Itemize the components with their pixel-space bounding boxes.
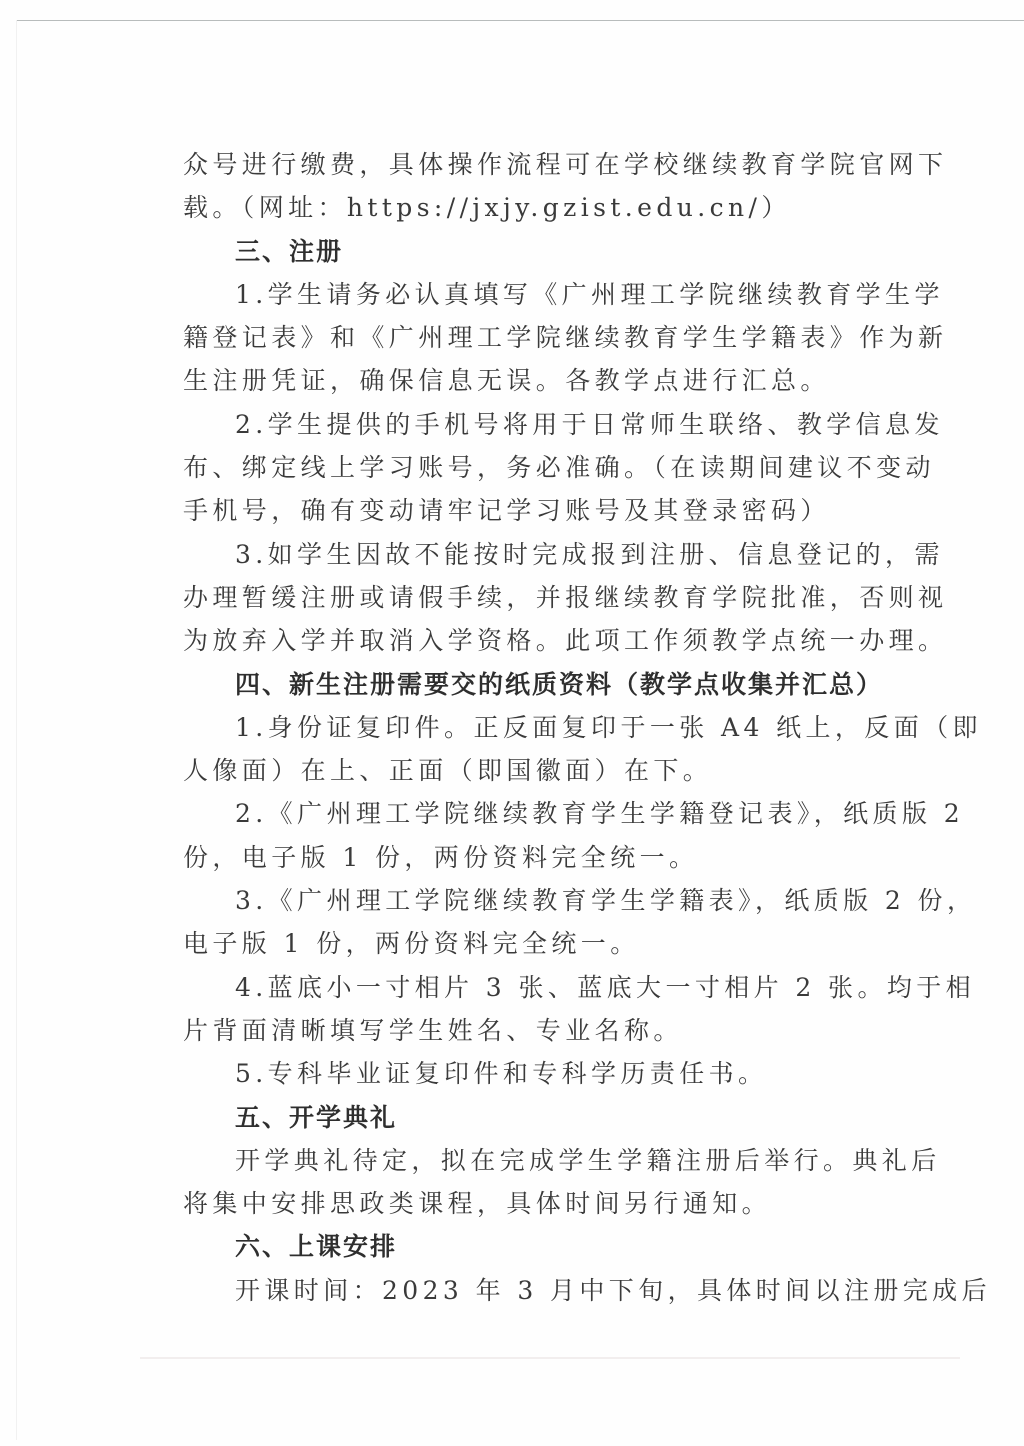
body-text-line: 1.学生请务必认真填写《广州理工学院继续教育学生学 bbox=[183, 273, 893, 316]
body-text-line: 3.《广州理工学院继续教育学生学籍表》，纸质版 2 份， bbox=[183, 879, 893, 922]
body-text-line: 开课时间：2023 年 3 月中下旬，具体时间以注册完成后 bbox=[183, 1269, 893, 1312]
body-text-line: 办理暂缓注册或请假手续，并报继续教育学院批准，否则视 bbox=[183, 576, 893, 619]
top-scan-edge-rule bbox=[16, 20, 1024, 21]
bottom-show-through-rule bbox=[140, 1357, 960, 1359]
body-text-line: 为放弃入学并取消入学资格。此项工作须教学点统一办理。 bbox=[183, 619, 893, 662]
body-text-line-url: 载。（网址：https://jxjy.gzist.edu.cn/） bbox=[183, 186, 893, 229]
body-text-line: 1.身份证复印件。正反面复印于一张 A4 纸上，反面（即 bbox=[183, 706, 893, 749]
section-heading-registration: 三、注册 bbox=[183, 230, 893, 273]
section-heading-class-schedule: 六、上课安排 bbox=[183, 1225, 893, 1268]
body-text-line: 5.专科毕业证复印件和专科学历责任书。 bbox=[183, 1052, 893, 1095]
body-text-line: 籍登记表》和《广州理工学院继续教育学生学籍表》作为新 bbox=[183, 316, 893, 359]
body-text-line: 4.蓝底小一寸相片 3 张、蓝底大一寸相片 2 张。均于相 bbox=[183, 966, 893, 1009]
body-text-line: 手机号，确有变动请牢记学习账号及其登录密码） bbox=[183, 489, 893, 532]
section-heading-paper-materials: 四、新生注册需要交的纸质资料（教学点收集并汇总） bbox=[183, 663, 893, 706]
document-body: 众号进行缴费，具体操作流程可在学校继续教育学院官网下 载。（网址：https:/… bbox=[183, 143, 893, 1312]
body-text-line: 众号进行缴费，具体操作流程可在学校继续教育学院官网下 bbox=[183, 143, 893, 186]
body-text-line: 电子版 1 份，两份资料完全统一。 bbox=[183, 922, 893, 965]
scanned-document-page: 众号进行缴费，具体操作流程可在学校继续教育学院官网下 载。（网址：https:/… bbox=[0, 0, 1024, 1446]
body-text-line: 人像面）在上、正面（即国徽面）在下。 bbox=[183, 749, 893, 792]
body-text-line: 片背面清晰填写学生姓名、专业名称。 bbox=[183, 1009, 893, 1052]
body-text-line: 2.学生提供的手机号将用于日常师生联络、教学信息发 bbox=[183, 403, 893, 446]
section-heading-opening-ceremony: 五、开学典礼 bbox=[183, 1096, 893, 1139]
body-text-line: 生注册凭证，确保信息无误。各教学点进行汇总。 bbox=[183, 359, 893, 402]
body-text-line: 开学典礼待定，拟在完成学生学籍注册后举行。典礼后 bbox=[183, 1139, 893, 1182]
body-text-line: 将集中安排思政类课程，具体时间另行通知。 bbox=[183, 1182, 893, 1225]
body-text-line: 2.《广州理工学院继续教育学生学籍登记表》，纸质版 2 bbox=[183, 792, 893, 835]
body-text-line: 布、绑定线上学习账号，务必准确。（在读期间建议不变动 bbox=[183, 446, 893, 489]
left-scan-edge bbox=[16, 20, 17, 1440]
body-text-line: 3.如学生因故不能按时完成报到注册、信息登记的，需 bbox=[183, 533, 893, 576]
body-text-line: 份，电子版 1 份，两份资料完全统一。 bbox=[183, 836, 893, 879]
